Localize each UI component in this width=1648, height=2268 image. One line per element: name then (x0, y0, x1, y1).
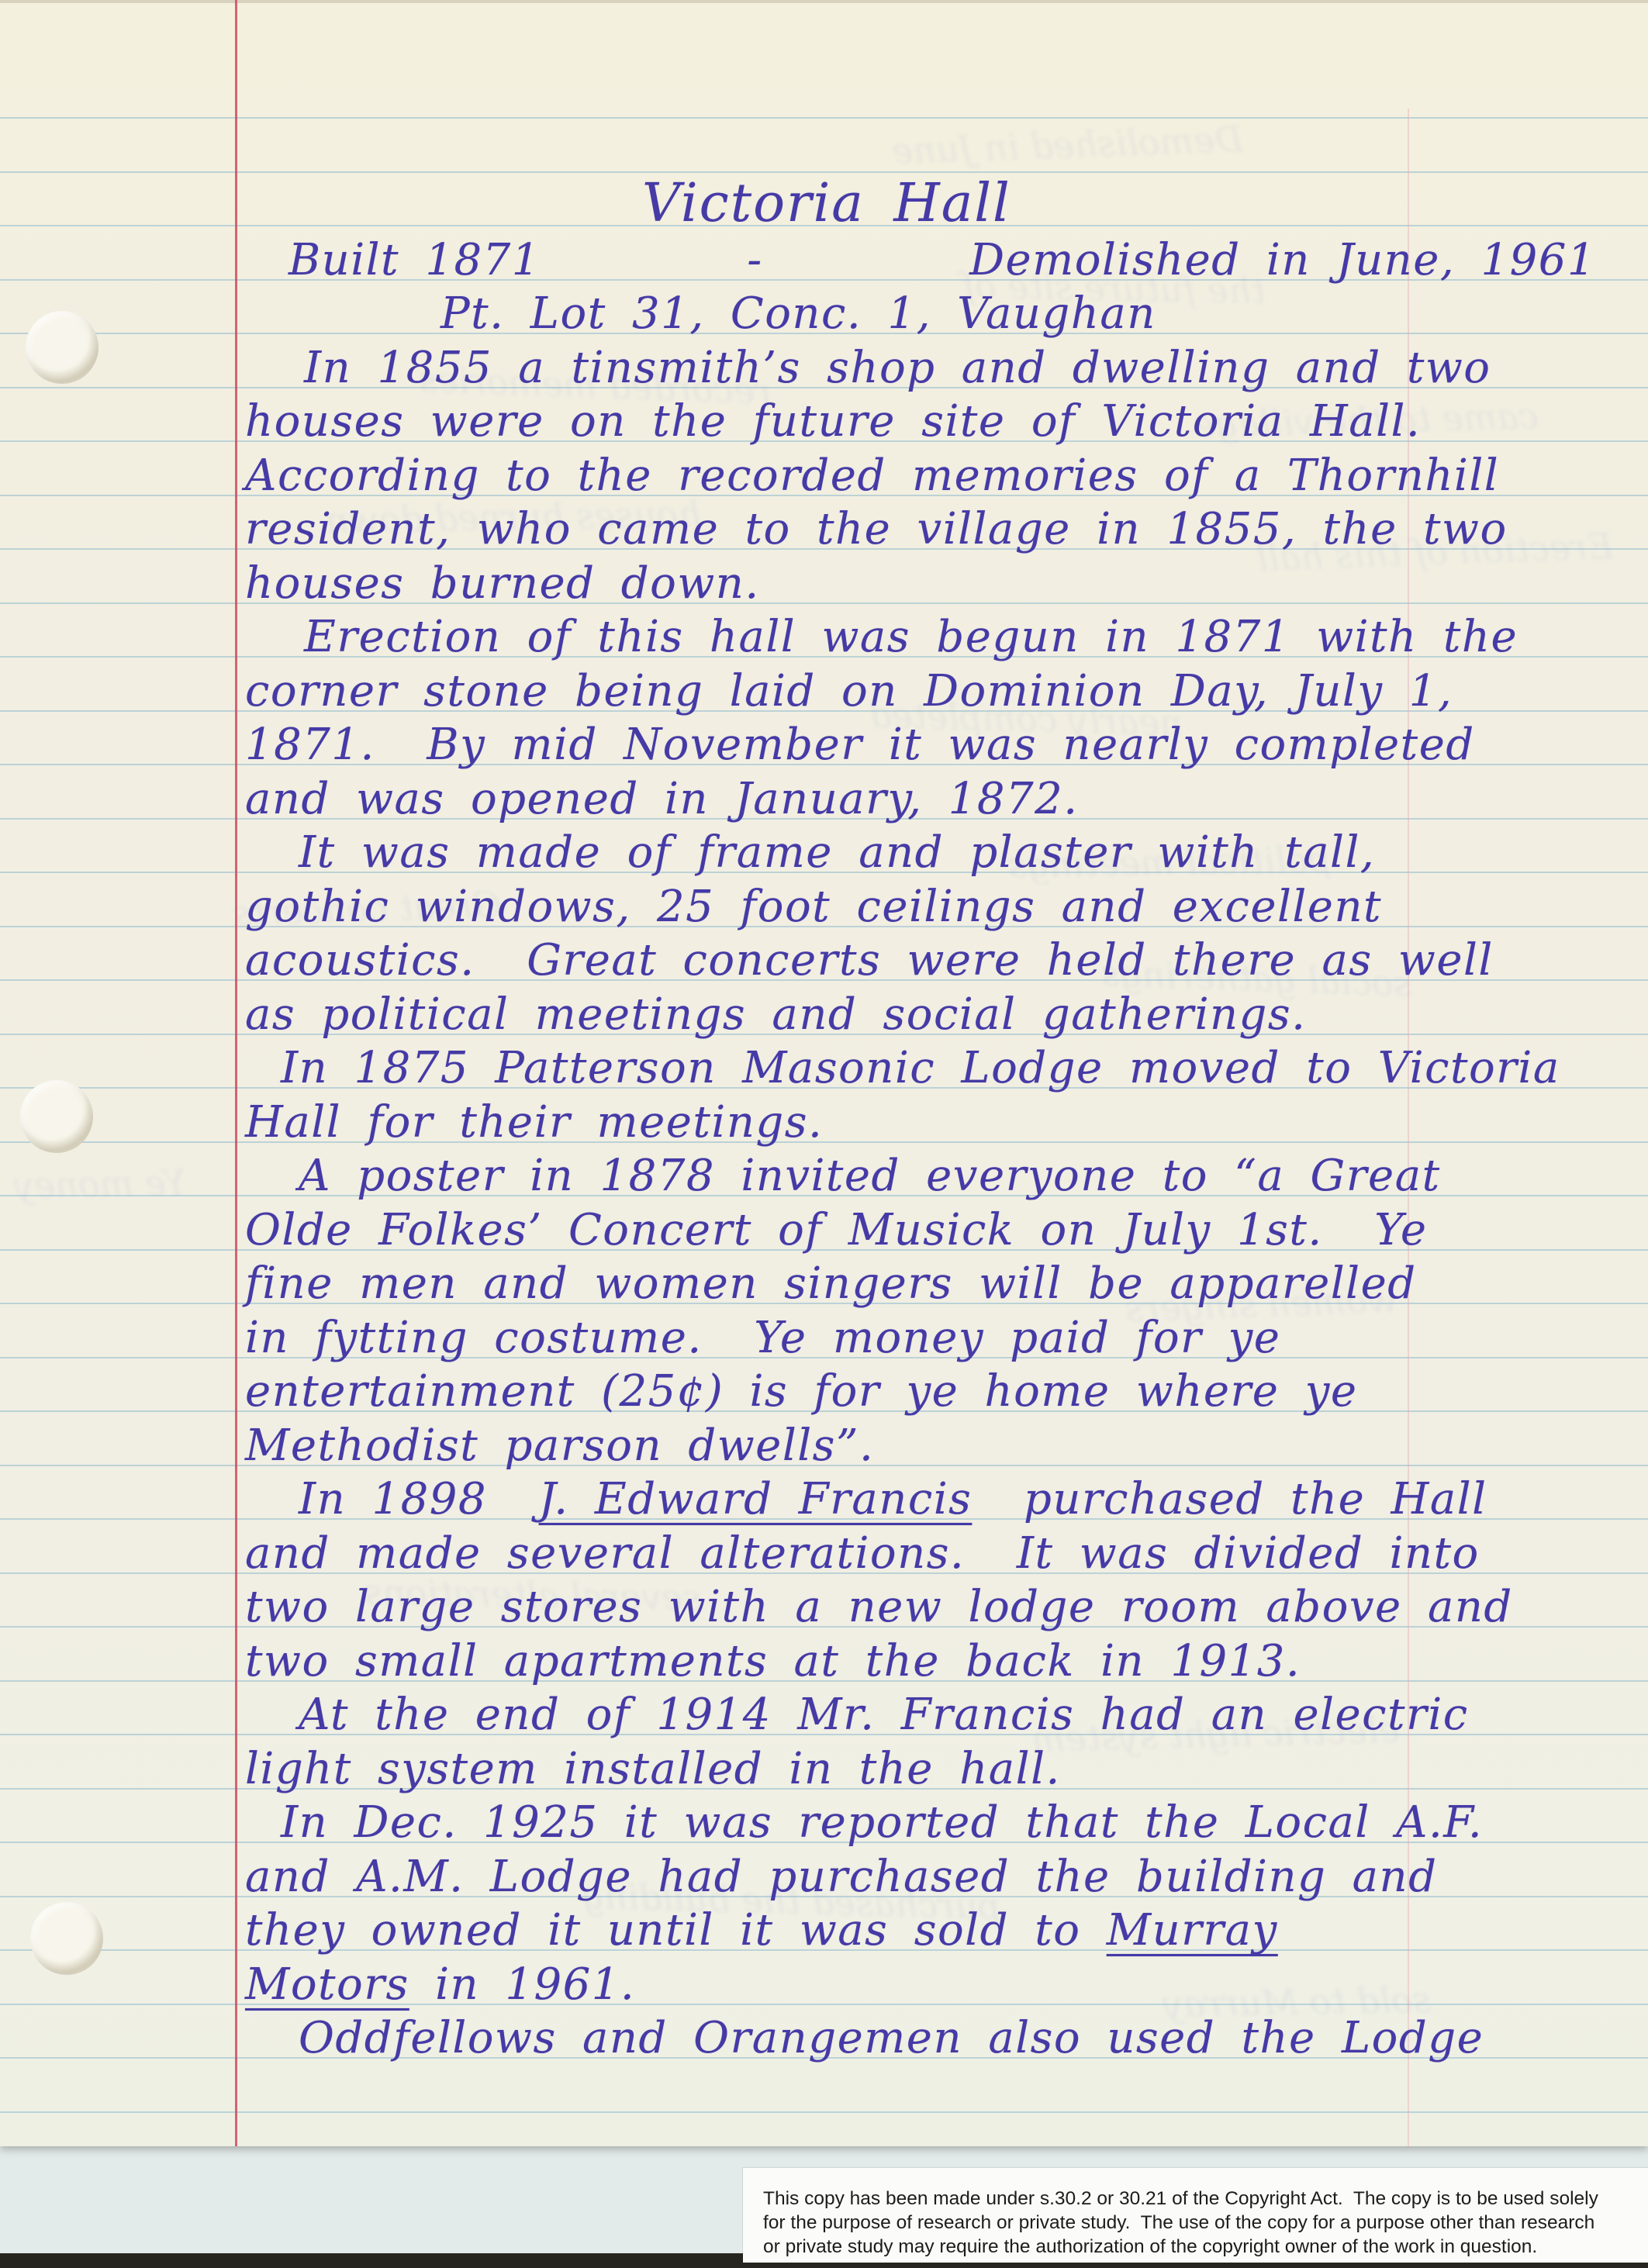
handwritten-text: In 1875 Patterson Masonic Lodge moved to… (281, 1043, 1560, 1093)
manuscript-line: Olde Folkes’ Concert of Musick on July 1… (245, 1209, 1428, 1252)
manuscript-line: In Dec. 1925 it was reported that the Lo… (281, 1801, 1483, 1845)
manuscript-line: At the end of 1914 Mr. Francis had an el… (299, 1693, 1469, 1737)
copyright-stamp: This copy has been made under s.30.2 or … (743, 2168, 1648, 2263)
manuscript-line: It was made of frame and plaster with ta… (299, 831, 1375, 875)
ruled-line (0, 2111, 1648, 2113)
lined-paper: Demolished in Junethe future site ofcame… (0, 0, 1648, 2146)
handwritten-text: corner stone being laid on Dominion Day,… (245, 666, 1453, 716)
handwritten-text: in 1961. (409, 1959, 635, 2010)
handwritten-text: and A.M. Lodge had purchased the buildin… (245, 1852, 1437, 1902)
manuscript-line: gothic windows, 25 foot ceilings and exc… (245, 885, 1382, 929)
handwritten-text: At the end of 1914 Mr. Francis had an el… (299, 1690, 1469, 1740)
manuscript-line: Hall for their meetings. (245, 1101, 823, 1144)
scanned-notebook-page: Demolished in Junethe future site ofcame… (0, 0, 1648, 2268)
underlined-text: Motors (245, 1959, 409, 2010)
handwritten-text: Victoria Hall (642, 173, 1011, 234)
handwritten-text: According to the recorded memories of a … (245, 450, 1499, 501)
manuscript-line: as political meetings and social gatheri… (245, 993, 1306, 1037)
manuscript-line: Methodist parson dwells”. (245, 1424, 874, 1468)
manuscript-line: In 1855 a tinsmith’s shop and dwelling a… (304, 347, 1491, 390)
handwritten-text: In Dec. 1925 it was reported that the Lo… (281, 1797, 1483, 1848)
manuscript-line: 1871. By mid November it was nearly comp… (245, 723, 1475, 767)
manuscript-line: houses were on the future site of Victor… (245, 400, 1421, 444)
manuscript-line: two small apartments at the back in 1913… (245, 1640, 1301, 1683)
handwritten-text: entertainment (25¢) is for ye home where… (245, 1366, 1357, 1417)
manuscript-line: they owned it until it was sold to Murra… (245, 1909, 1278, 1952)
handwritten-text: Erection of this hall was begun in 1871 … (304, 612, 1518, 662)
handwritten-text: Olde Folkes’ Concert of Musick on July 1… (245, 1205, 1428, 1255)
handwritten-text: acoustics. Great concerts were held ther… (245, 935, 1494, 986)
copyright-stamp-line: This copy has been made under s.30.2 or … (763, 2187, 1648, 2211)
handwritten-text: In 1855 a tinsmith’s shop and dwelling a… (304, 343, 1491, 393)
manuscript-line: Pt. Lot 31, Conc. 1, Vaughan (441, 292, 1156, 336)
manuscript-line: Erection of this hall was begun in 1871 … (304, 616, 1518, 659)
manuscript-line: light system installed in the hall. (245, 1748, 1061, 1791)
manuscript-line: In 1898 J. Edward Francis purchased the … (299, 1478, 1487, 1521)
manuscript-line: corner stone being laid on Dominion Day,… (245, 670, 1453, 713)
hole-punch (20, 1080, 93, 1153)
handwritten-text: It was made of frame and plaster with ta… (299, 827, 1375, 878)
handwritten-text: houses were on the future site of Victor… (245, 396, 1421, 447)
manuscript-line: and was opened in January, 1872. (245, 778, 1079, 821)
handwritten-text: they owned it until it was sold to (245, 1905, 1107, 1956)
underlined-text: J. Edward Francis (539, 1474, 973, 1524)
handwritten-text: gothic windows, 25 foot ceilings and exc… (245, 882, 1382, 932)
handwritten-text: two small apartments at the back in 1913… (245, 1636, 1301, 1686)
handwritten-text: A poster in 1878 invited everyone to “a … (299, 1151, 1441, 1201)
handwritten-text: in fytting costume. Ye money paid for ye (245, 1313, 1280, 1363)
handwritten-text: purchased the Hall (972, 1474, 1487, 1524)
handwritten-text: light system installed in the hall. (245, 1744, 1061, 1794)
handwritten-text: Pt. Lot 31, Conc. 1, Vaughan (441, 288, 1156, 339)
copyright-stamp-line: for the purpose of research or private s… (763, 2211, 1648, 2235)
handwritten-text: Hall for their meetings. (245, 1097, 823, 1148)
hole-punch (26, 311, 98, 384)
handwritten-text: two large stores with a new lodge room a… (245, 1582, 1513, 1632)
manuscript-line: fine men and women singers will be appar… (245, 1262, 1417, 1306)
manuscript-line: and A.M. Lodge had purchased the buildin… (245, 1855, 1437, 1899)
bleed-through-text: Demolished in June (891, 118, 1244, 172)
manuscript-line: Built 1871 - Demolished in June, 1961 (288, 239, 1596, 282)
handwritten-text: as political meetings and social gatheri… (245, 989, 1306, 1040)
ruled-line (0, 117, 1648, 119)
handwritten-text: houses burned down. (245, 558, 760, 609)
handwritten-text: resident, who came to the village in 185… (245, 504, 1508, 554)
manuscript-line: acoustics. Great concerts were held ther… (245, 939, 1494, 982)
manuscript-line: in fytting costume. Ye money paid for ye (245, 1317, 1280, 1360)
manuscript-line: According to the recorded memories of a … (245, 454, 1499, 498)
handwritten-text: fine men and women singers will be appar… (245, 1258, 1417, 1309)
copyright-stamp-line: or private study may require the authori… (763, 2235, 1648, 2259)
handwritten-text: In 1898 (299, 1474, 539, 1524)
manuscript-line: In 1875 Patterson Masonic Lodge moved to… (281, 1047, 1560, 1090)
manuscript-line: Oddfellows and Orangemen also used the L… (299, 2017, 1484, 2060)
handwritten-text: 1871. By mid November it was nearly comp… (245, 720, 1475, 770)
manuscript-line: two large stores with a new lodge room a… (245, 1586, 1513, 1629)
handwritten-text: Built 1871 - Demolished in June, 1961 (288, 235, 1596, 285)
handwritten-text: Oddfellows and Orangemen also used the L… (299, 2013, 1484, 2063)
bleed-through-text: Ye money (14, 1162, 187, 1206)
red-margin-line (235, 0, 237, 2146)
handwritten-text: and made several alterations. It was div… (245, 1528, 1480, 1579)
handwritten-text: Methodist parson dwells”. (245, 1421, 874, 1471)
manuscript-line: resident, who came to the village in 185… (245, 508, 1508, 551)
manuscript-line: entertainment (25¢) is for ye home where… (245, 1370, 1357, 1414)
page-title: Victoria Hall (642, 178, 1011, 230)
handwritten-text: and was opened in January, 1872. (245, 774, 1079, 824)
underlined-text: Murray (1107, 1905, 1278, 1956)
hole-punch (30, 1902, 103, 1975)
manuscript-line: A poster in 1878 invited everyone to “a … (299, 1155, 1441, 1198)
manuscript-line: houses burned down. (245, 562, 760, 606)
manuscript-line: Motors in 1961. (245, 1963, 635, 2007)
manuscript-line: and made several alterations. It was div… (245, 1532, 1480, 1576)
